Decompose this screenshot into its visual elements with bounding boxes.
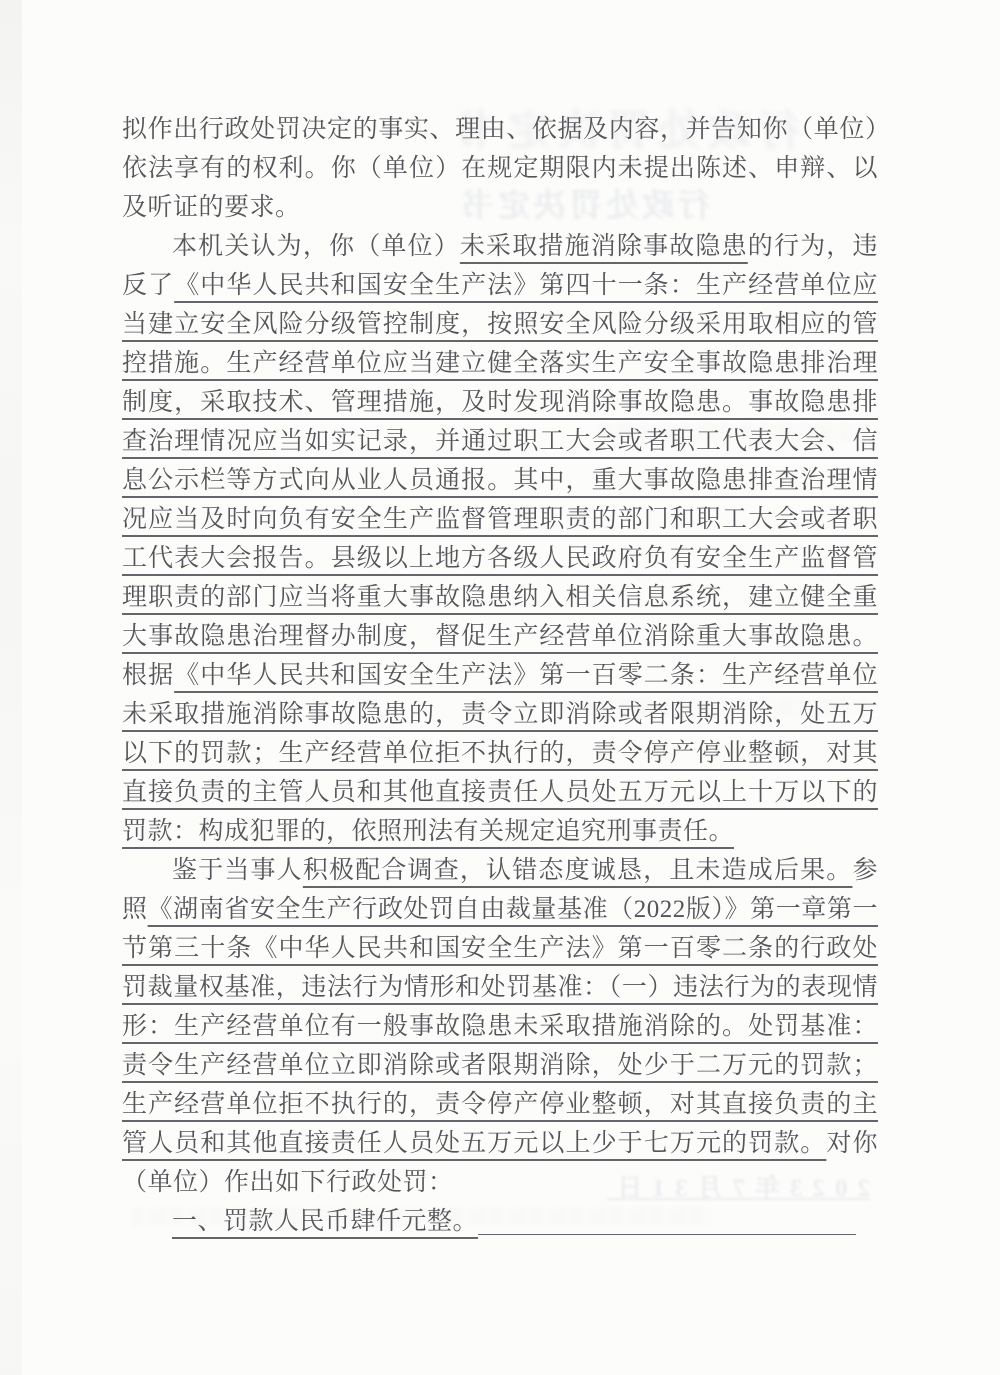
text-segment: 一、罚款人民币肆仟元整。 — [172, 1208, 478, 1235]
paragraph: 一、罚款人民币肆仟元整。 — [122, 1202, 878, 1241]
text-segment: 《中华人民共和国安全生产法》第一百零二条：生产经营单位未采取措施消除事故隐患的，… — [122, 662, 878, 845]
text-segment: 本机关认为，你（单位） — [172, 233, 460, 260]
text-segment: 未采取措施消除事故隐患 — [460, 233, 748, 260]
text-segment: 积极配合调查，认错态度诚恳，且未造成后果。 — [303, 857, 853, 884]
scanned-document-page: 行政处罚决定书 行政处罚决定书 2023年7月31日 拟作出行政处罚决定的事实、… — [0, 0, 1000, 1375]
text-segment: 鉴于当事人 — [172, 857, 303, 884]
text-segment: 《中华人民共和国安全生产法》第四十一条：生产经营单位应当建立安全风险分级管控制度… — [122, 272, 878, 650]
text-segment: 拟作出行政处罚决定的事实、理由、依据及内容，并告知你（单位）依法享有的权利。你（… — [122, 116, 878, 221]
document-body: 拟作出行政处罚决定的事实、理由、依据及内容，并告知你（单位）依法享有的权利。你（… — [122, 110, 878, 1241]
paragraph: 本机关认为，你（单位）未采取措施消除事故隐患的行为，违反了《中华人民共和国安全生… — [122, 227, 878, 851]
paragraph: 拟作出行政处罚决定的事实、理由、依据及内容，并告知你（单位）依法享有的权利。你（… — [122, 110, 878, 227]
text-segment: 《湖南省安全生产行政处罚自由裁量基准（2022版）》第一章第一节第三十条《中华人… — [122, 896, 878, 1157]
scan-edge-artifact — [0, 0, 22, 1375]
text-segment: 根据 — [122, 662, 174, 689]
underline-rule — [478, 1233, 856, 1235]
paragraph: 鉴于当事人积极配合调查，认错态度诚恳，且未造成后果。参照《湖南省安全生产行政处罚… — [122, 851, 878, 1202]
